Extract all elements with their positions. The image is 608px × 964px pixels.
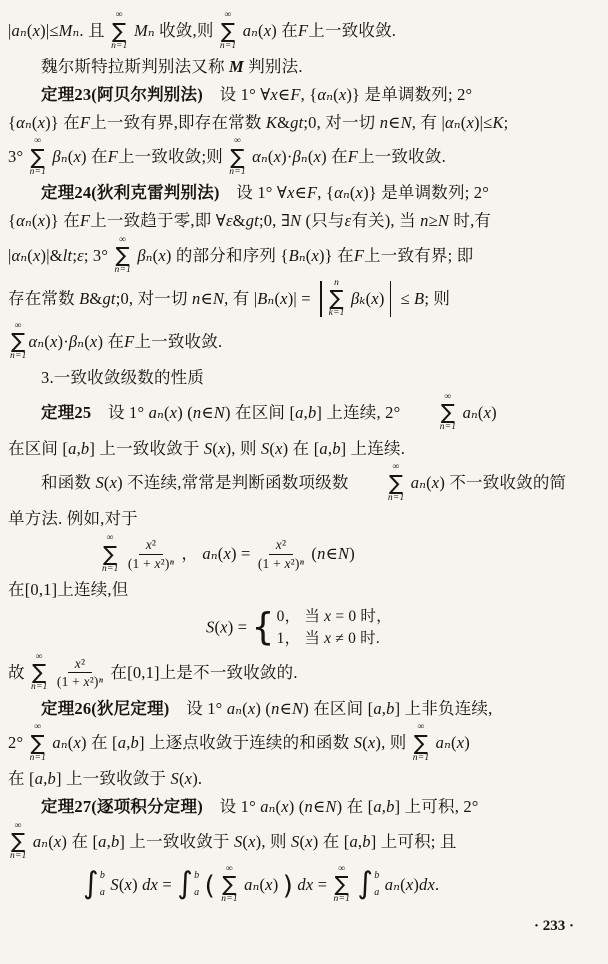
summation-symbol: ∞∑n=1 — [407, 393, 457, 433]
integral-symbol: ∫ba — [83, 868, 105, 900]
line-continuity-note: 在[0,1]上连续,但 — [8, 578, 600, 603]
line-mtest-alias: 魏尔斯特拉斯判别法又称 M 判别法. — [8, 55, 600, 80]
line-nonuniform-conclusion: 故 ∞∑n=1 x²(1 + x²)ⁿ 在[0,1]上是不一致收敛的. — [8, 654, 600, 694]
integral-symbol: ∫ba — [357, 868, 379, 900]
tall-abs-bar — [390, 281, 392, 317]
formula-piecewise-sum-function: S(x) = {0， 当 x = 0 时，1， 当 x ≠ 0 时. — [8, 606, 600, 651]
formula-term-by-term-integration: ∫ba S(x) dx = ∫ba ( ∞∑n=1 aₙ(x) ) dx = ∞… — [8, 866, 600, 906]
line-theorem24-cond3: |αₙ(x)|&lt;ε; 3° ∞∑n=1 βₙ(x) 的部分和序列 {Bₙ(… — [8, 237, 600, 277]
summation-symbol: ∞∑n=1 — [334, 865, 351, 905]
summation-symbol: ∞∑n=1 — [10, 322, 27, 362]
line-theorem25-heading: 定理25 设 1° aₙ(x) (n∈N) 在区间 [a,b] 上连续, 2° … — [8, 394, 600, 434]
formula-example-series: ∞∑n=1 x²(1 + x²)ⁿ ， aₙ(x) = x²(1 + x²)ⁿ … — [8, 535, 600, 575]
line-theorem27-cond2: ∞∑n=1 aₙ(x) 在 [a,b] 上一致收敛于 S(x), 则 S(x) … — [8, 823, 600, 863]
summation-symbol: ∞∑n=1 — [355, 463, 405, 503]
line-theorem26-conclusion: 在 [a,b] 上一致收敛于 S(x). — [8, 767, 600, 792]
summation-symbol: ∞∑n=1 — [229, 137, 246, 177]
line-theorem24-heading: 定理24(狄利克雷判别法) 设 1° ∀x∈F, {αₙ(x)} 是单调数列; … — [8, 181, 600, 206]
line-theorem27-heading: 定理27(逐项积分定理) 设 1° aₙ(x) (n∈N) 在 [a,b] 上可… — [8, 795, 600, 820]
big-paren-right: ) — [283, 871, 293, 901]
summation-symbol: ∞∑n=1 — [31, 653, 48, 693]
fraction: x²(1 + x²)ⁿ — [57, 656, 103, 690]
line-theorem23-cond3: 3° ∞∑n=1 βₙ(x) 在F上一致收敛;则 ∞∑n=1 αₙ(x)·βₙ(… — [8, 138, 600, 178]
summation-symbol: ∞∑n=1 — [102, 534, 119, 574]
summation-symbol: ∞∑n=1 — [115, 236, 132, 276]
tall-abs-bar — [320, 281, 322, 317]
line-remark-example-intro: 单方法. 例如,对于 — [8, 507, 600, 532]
summation-symbol: ∞∑n=1 — [111, 11, 128, 51]
summation-symbol: ∞∑n=1 — [30, 723, 47, 763]
line-remark-discontinuous-sum: 和函数 S(x) 不连续,常常是判断函数项级数 ∞∑n=1 aₙ(x) 不一致收… — [8, 464, 600, 504]
line-theorem24-partial-sum-bound: 存在常数 B&gt;0, 对一切 n∈N, 有 |Bₙ(x)| = n∑k=1 … — [8, 280, 600, 320]
line-theorem23-heading: 定理23(阿贝尔判别法) 设 1° ∀x∈F, {αₙ(x)} 是单调数列; 2… — [8, 83, 600, 108]
summation-symbol: ∞∑n=1 — [220, 11, 237, 51]
summation-symbol: n∑k=1 — [329, 279, 345, 319]
textbook-page: |aₙ(x)|≤Mₙ. 且 ∞∑n=1 Mₙ 收敛,则 ∞∑n=1 aₙ(x) … — [0, 0, 608, 935]
integral-symbol: ∫ba — [177, 868, 199, 900]
fraction: x²(1 + x²)ⁿ — [258, 537, 304, 571]
line-theorem26-heading: 定理26(狄尼定理) 设 1° aₙ(x) (n∈N) 在区间 [a,b] 上非… — [8, 697, 600, 722]
piecewise-cases: {0， 当 x = 0 时，1， 当 x ≠ 0 时. — [252, 606, 392, 651]
line-weierstrass-mtest: |aₙ(x)|≤Mₙ. 且 ∞∑n=1 Mₙ 收敛,则 ∞∑n=1 aₙ(x) … — [8, 12, 600, 52]
summation-symbol: ∞∑n=1 — [413, 723, 430, 763]
summation-symbol: ∞∑n=1 — [10, 822, 27, 862]
page-number: · 233 · — [8, 918, 600, 935]
line-theorem24-conclusion: ∞∑n=1αₙ(x)·βₙ(x) 在F上一致收敛. — [8, 323, 600, 363]
line-theorem25-conclusion: 在区间 [a,b] 上一致收敛于 S(x), 则 S(x) 在 [a,b] 上连… — [8, 437, 600, 462]
line-theorem26-cond2: 2° ∞∑n=1 aₙ(x) 在 [a,b] 上逐点收敛于连续的和函数 S(x)… — [8, 724, 600, 764]
summation-symbol: ∞∑n=1 — [30, 137, 47, 177]
line-theorem23-cond2: {αₙ(x)} 在F上一致有界,即存在常数 K&gt;0, 对一切 n∈N, 有… — [8, 111, 600, 136]
section-heading-properties: 3.一致收敛级数的性质 — [8, 366, 600, 391]
fraction: x²(1 + x²)ⁿ — [128, 537, 174, 571]
summation-symbol: ∞∑n=1 — [221, 865, 238, 905]
big-paren-left: ( — [205, 871, 215, 901]
line-theorem24-cond2: {αₙ(x)} 在F上一致趋于零,即 ∀ε&gt;0, ∃N (只与ε有关), … — [8, 209, 600, 234]
